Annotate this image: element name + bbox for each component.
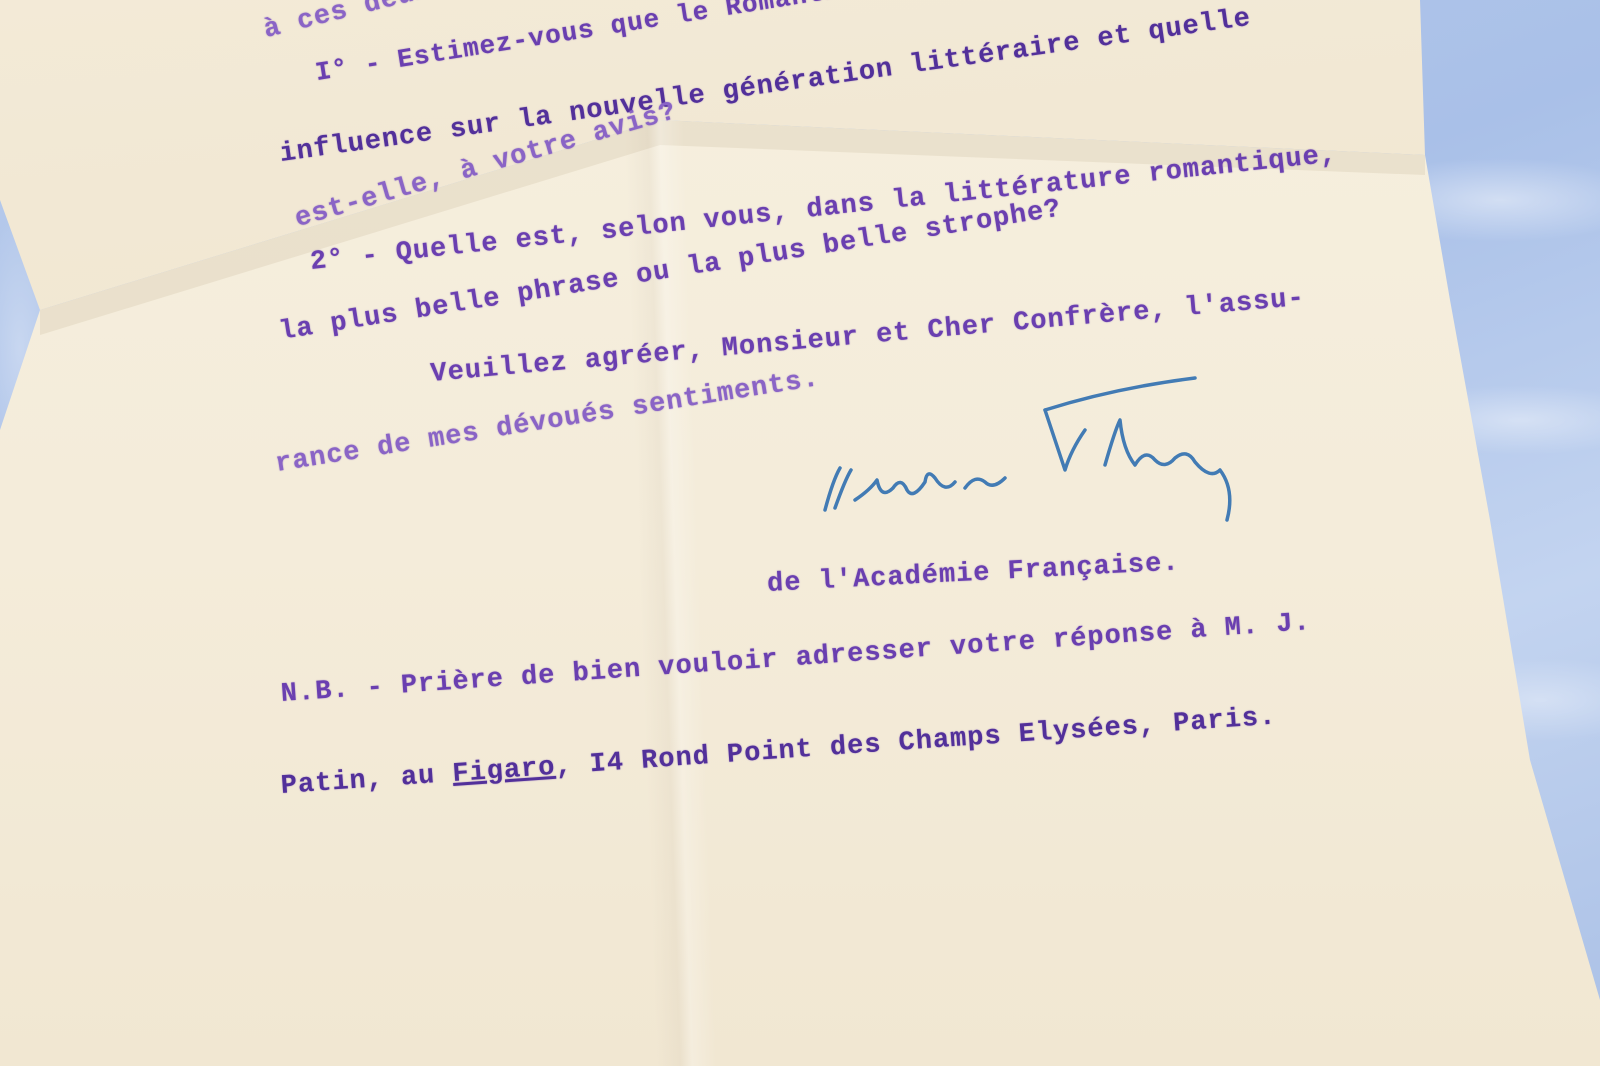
figaro-underlined: Figaro <box>452 753 557 790</box>
signature-title: de l'Académie Française. <box>766 548 1180 600</box>
handwritten-signature-icon <box>815 370 1265 550</box>
postscript-line-1: N.B. - Prière de bien vouloir adresser v… <box>280 608 1312 710</box>
closing-line-2: rance de mes dévoués sentiments. <box>273 364 821 480</box>
letter-line-0: à ces deux <box>261 0 435 46</box>
question-1-line-2: influence sur la nouvelle génération lit… <box>278 4 1253 170</box>
postscript-line-2: Patin, au Figaro, I4 Rond Point des Cham… <box>280 702 1277 802</box>
postscript-prefix: Patin, au <box>280 760 454 802</box>
letter-body: à ces deux I° - Estimez-vous que le Roma… <box>0 0 1600 1066</box>
postscript-address: , I4 Rond Point des Champs Elysées, Pari… <box>554 702 1277 782</box>
